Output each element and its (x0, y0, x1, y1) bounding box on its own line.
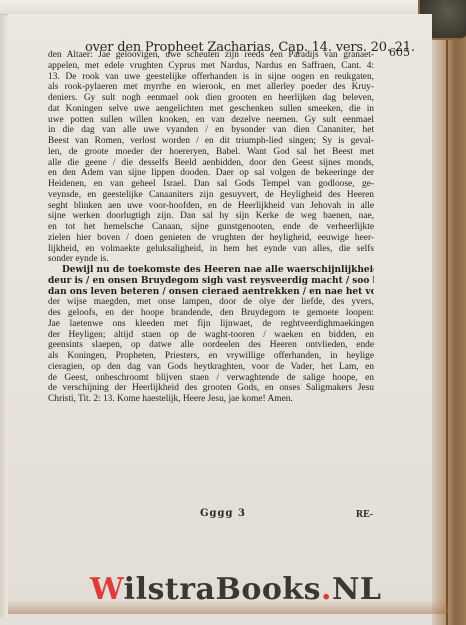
text-line: als Koningen, Propheten, Priesters, en v… (48, 351, 374, 362)
watermark-logo: WilstraBooks.NL (90, 572, 381, 607)
text-line: cieragien, op den dag van Gods heytkragh… (48, 362, 374, 373)
paragraph-2: Dewijl nu de toekomste des Heeren nae al… (48, 265, 374, 405)
text-line: veynsde, en geestelijke Canaaniters zijn… (48, 190, 374, 201)
text-line: Jae laetenwe ons kleeden met fijn lijnwa… (48, 319, 374, 330)
text-line: der Heyligen; altijd staen op de waght-t… (48, 330, 374, 341)
binding-line (446, 30, 448, 625)
book-binding-edge (432, 30, 466, 625)
watermark-middle: ilstraBooks (124, 572, 321, 607)
text-line: den Altaer: Jae geloovigen, uwe scheuten… (48, 50, 374, 61)
text-line: de verschijning der Heerlijkheid des gro… (48, 383, 374, 394)
text-line: deur is / en onsen Bruydegom sigh vast r… (48, 276, 374, 287)
text-line: seght blinken aen uwe voor-hoofden, en d… (48, 201, 374, 212)
body-text: den Altaer: Jae geloovigen, uwe scheuten… (48, 50, 374, 405)
text-line: deniers. Gy sult nogh eenmael ook dien g… (48, 93, 374, 104)
paragraph-1: den Altaer: Jae geloovigen, uwe scheuten… (48, 50, 374, 265)
text-line: lijkheid, en volmaekte geluksaligheid, i… (48, 244, 374, 255)
text-line: Christi, Tit. 2: 13. Kome haestelijk, He… (48, 394, 374, 405)
left-page-fold (0, 8, 8, 618)
watermark-suffix: NL (332, 572, 382, 607)
text-line: dan ons leven beteren / onsen cieraed ae… (48, 287, 374, 298)
text-line: alle die geene / die desselfs Beeld aenb… (48, 158, 374, 169)
top-page-edge (0, 0, 430, 15)
page-number: 605 (389, 46, 410, 59)
watermark-dot: . (321, 572, 332, 607)
text-line: geensints slaepen, op datwe alle oordeel… (48, 340, 374, 351)
text-line: Beest van Romen, verlost worden / en dit… (48, 136, 374, 147)
text-line: Dewijl nu de toekomste des Heeren nae al… (48, 265, 374, 276)
text-line: Heidenen, en van geheel Israel. Dan sal … (48, 179, 374, 190)
text-line: appelen, met edele vrughten Cyprus met N… (48, 61, 374, 72)
text-line: des geloofs, en der hoope brandende, den… (48, 308, 374, 319)
text-line: sonder eynde is. (48, 254, 374, 265)
watermark-first-letter: W (90, 572, 124, 607)
signature-mark: Gggg 3 (200, 508, 246, 519)
text-line: dat Koningen selve uwe aengelichten met … (48, 104, 374, 115)
text-line: sijne werken doorlugtigh zijn. Dan sal h… (48, 211, 374, 222)
text-line: de Geest, onbeschroomt blijven staen / v… (48, 373, 374, 384)
catchword: RE- (356, 509, 373, 520)
text-line: der wijse maegden, met onse lampen, door… (48, 297, 374, 308)
text-line: en tot het hemelsche Canaan, sijne gunst… (48, 222, 374, 233)
text-line: 13. De rook van uwe geestelijke offerhan… (48, 72, 374, 83)
text-line: len, de groote moeder der hoereryen, Bab… (48, 147, 374, 158)
text-line: in die dag van alle uwe vyanden / en bys… (48, 125, 374, 136)
book-photo: over den Propheet Zacharias, Cap. 14. ve… (0, 0, 466, 625)
text-line: en den Adem van sijne lippen dooden. Dae… (48, 168, 374, 179)
text-line: zielen hier boven / doen genieten de vru… (48, 233, 374, 244)
text-line: uwe potten sullen willen kooken, en van … (48, 115, 374, 126)
text-line: als rook-pylaeren met myrrhe en wierook,… (48, 82, 374, 93)
